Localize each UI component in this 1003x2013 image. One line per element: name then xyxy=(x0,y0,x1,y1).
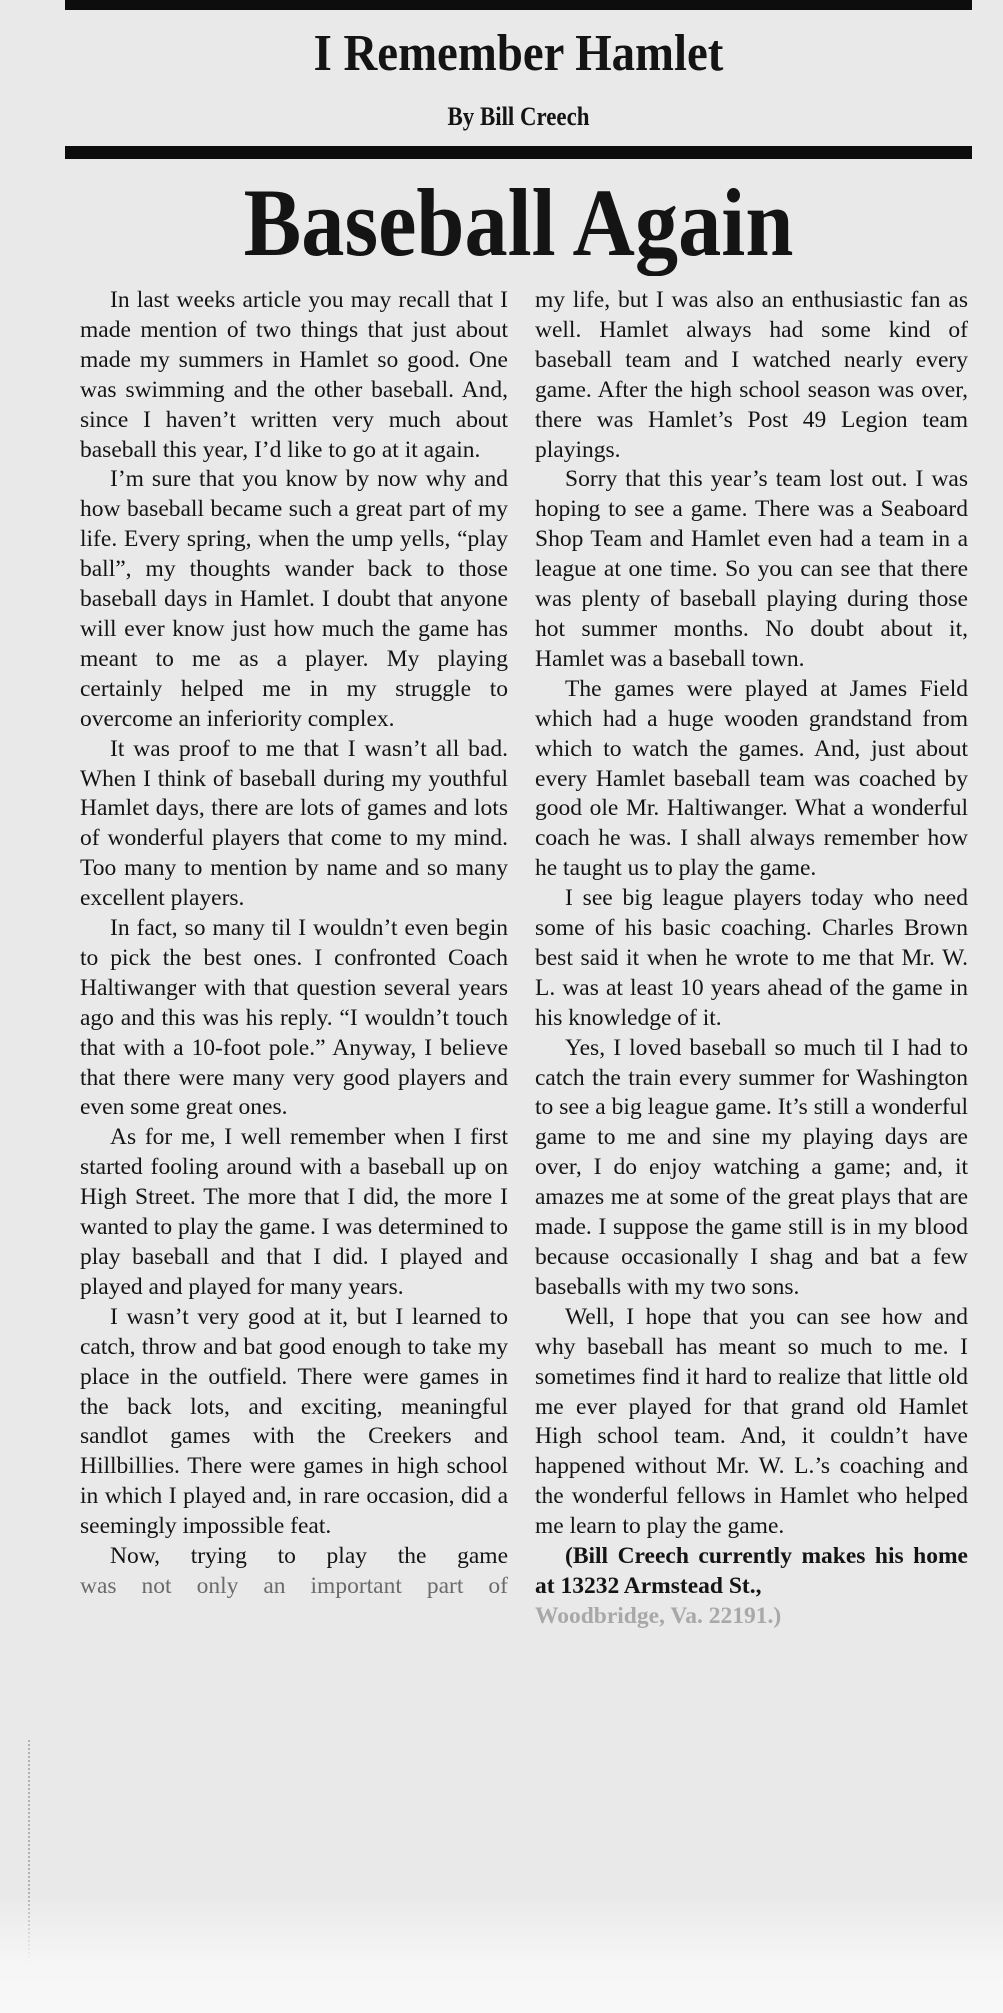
author-note-address: Woodbridge, Va. 22191.) xyxy=(535,1602,968,1632)
column-kicker: I Remember Hamlet xyxy=(110,22,926,86)
paragraph: It was proof to me that I wasn’t all bad… xyxy=(80,735,508,914)
paragraph: Now, trying to play the game xyxy=(80,1542,508,1572)
paragraph: In last weeks article you may recall tha… xyxy=(80,286,508,465)
paragraph: I’m sure that you know by now why and ho… xyxy=(80,465,508,734)
paragraph: I wasn’t very good at it, but I learned … xyxy=(80,1303,508,1542)
paragraph: The games were played at James Field whi… xyxy=(535,675,968,884)
paper-speckle-edge xyxy=(28,1740,40,1970)
top-rule xyxy=(65,0,972,10)
paragraph: Well, I hope that you can see how and wh… xyxy=(535,1303,968,1542)
header-rule xyxy=(65,146,972,159)
paragraph: As for me, I well remember when I first … xyxy=(80,1123,508,1302)
left-column: In last weeks article you may recall tha… xyxy=(80,286,508,1602)
paragraph: I see big league players today who need … xyxy=(535,884,968,1034)
paragraph-continued: my life, but I was also an enthusias­tic… xyxy=(535,286,968,465)
right-column: my life, but I was also an enthusias­tic… xyxy=(535,286,968,1632)
paragraph: Sorry that this year’s team lost out. I … xyxy=(535,465,968,674)
headline: Baseball Again xyxy=(110,168,926,278)
author-note: (Bill Creech currently makes his home at… xyxy=(535,1542,968,1602)
paragraph: Yes, I loved baseball so much til I had … xyxy=(535,1034,968,1303)
paper-fade xyxy=(0,1893,1003,2013)
paragraph-continued-faded: was not only an important part of xyxy=(80,1572,508,1602)
byline: By Bill Creech xyxy=(119,102,917,132)
paragraph: In fact, so many til I wouldn’t even beg… xyxy=(80,914,508,1123)
